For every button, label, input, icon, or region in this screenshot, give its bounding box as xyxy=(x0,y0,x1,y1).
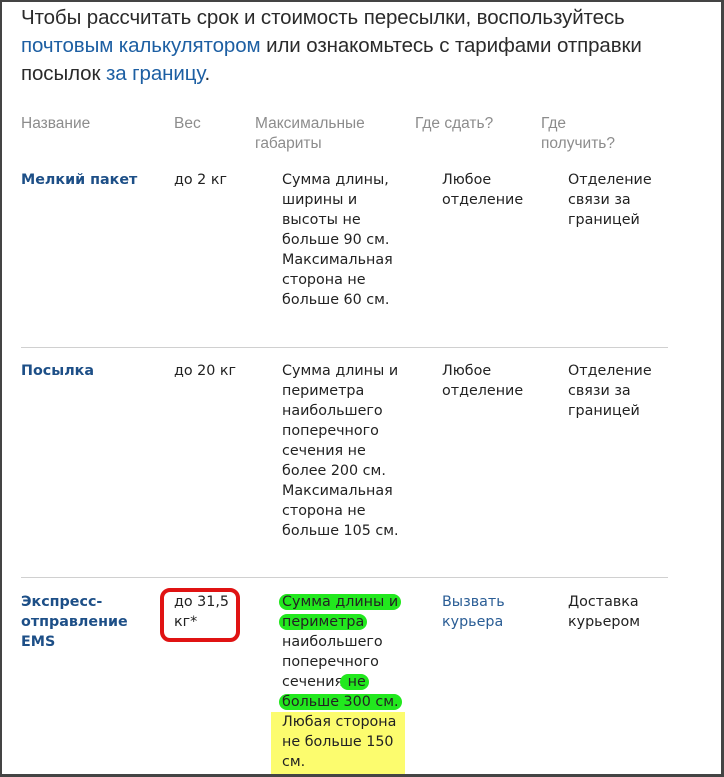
intro-paragraph: Чтобы рассчитать срок и стоимость пересы… xyxy=(21,4,711,88)
row-where-send: Любое отделение xyxy=(442,170,537,210)
header-weight: Вес xyxy=(174,114,201,134)
green-highlight-annotation: Сумма длины и периметра xyxy=(279,594,401,630)
row-where-receive: Отделение связи за границей xyxy=(568,361,663,421)
row-name[interactable]: Мелкий пакет xyxy=(21,170,137,190)
row-where-send: Любое отделение xyxy=(442,361,537,401)
intro-text-1: Чтобы рассчитать срок и стоимость пересы… xyxy=(21,6,625,29)
row-dimensions: Сумма длины и периметра наибольшего попе… xyxy=(282,592,408,772)
call-courier-link[interactable]: Вызвать курьера xyxy=(442,592,522,632)
row-dimensions: Сумма длины, ширины и высоты не больше 9… xyxy=(282,170,406,310)
header-where-receive: Где получить? xyxy=(541,114,631,154)
row-where-receive: Отделение связи за границей xyxy=(568,170,663,230)
row-name[interactable]: Экспресс-отправление EMS xyxy=(21,592,141,652)
row-divider xyxy=(21,347,668,348)
row-where-receive: Доставка курьером xyxy=(568,592,663,632)
header-name: Название xyxy=(21,114,90,134)
header-dimensions: Максимальные габариты xyxy=(255,114,385,154)
intro-text-3: . xyxy=(204,62,210,85)
row-divider xyxy=(21,577,668,578)
abroad-tariffs-link[interactable]: за границу xyxy=(106,62,205,85)
header-where-send: Где сдать? xyxy=(415,114,493,134)
row-dimensions: Сумма длины и периметра наибольшего попе… xyxy=(282,361,406,541)
row-weight: до 20 кг xyxy=(174,361,236,381)
row-weight: до 2 кг xyxy=(174,170,227,190)
row-name[interactable]: Посылка xyxy=(21,361,94,381)
postal-calculator-link[interactable]: почтовым калькулятором xyxy=(21,34,261,57)
dimensions-yellow-text: Любая сторона не больше 150 см. xyxy=(282,712,408,772)
red-outline-annotation xyxy=(160,588,240,642)
